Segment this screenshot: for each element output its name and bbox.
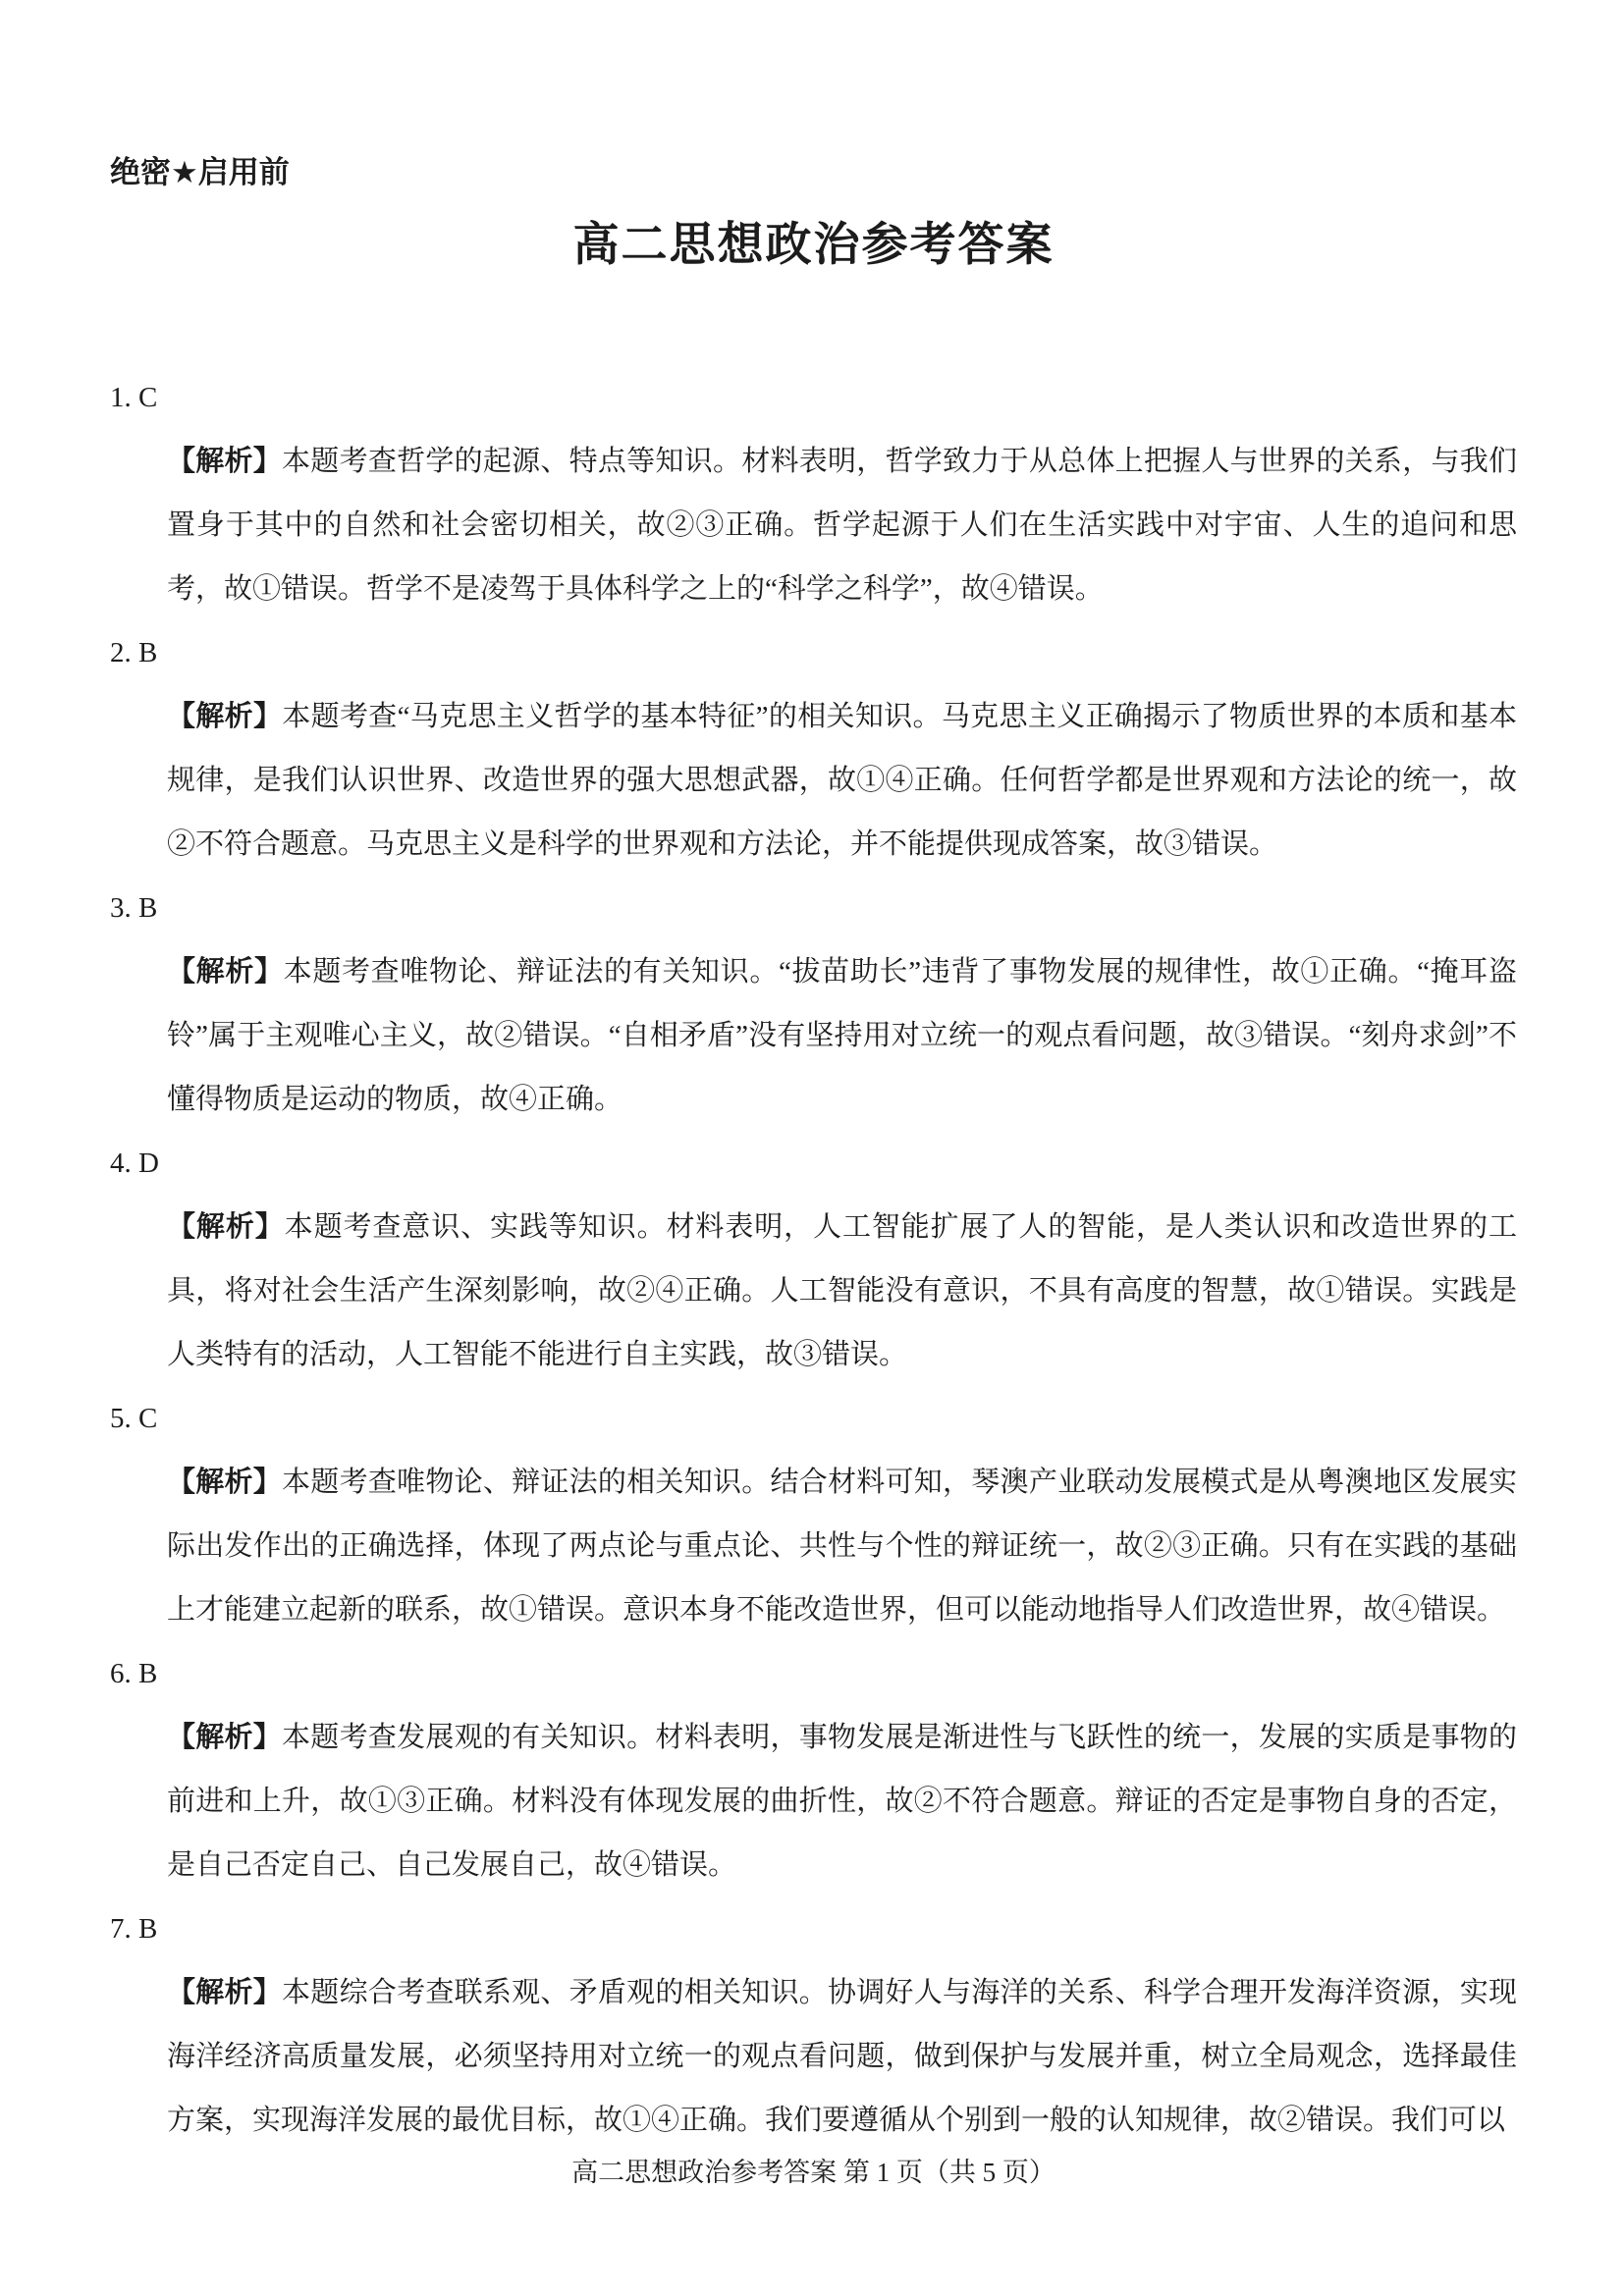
- answer-explanation: 【解析】本题考查“马克思主义哲学的基本特征”的相关知识。马克思主义正确揭示了物质…: [167, 685, 1517, 877]
- answer-item: 1. C 【解析】本题考查哲学的起源、特点等知识。材料表明，哲学致力于从总体上把…: [110, 366, 1517, 621]
- answer-item: 4. D 【解析】本题考查意识、实践等知识。材料表明，人工智能扩展了人的智能，是…: [110, 1132, 1517, 1387]
- answer-explanation: 【解析】本题考查唯物论、辩证法的相关知识。结合材料可知，琴澳产业联动发展模式是从…: [167, 1451, 1517, 1642]
- answer-list: 1. C 【解析】本题考查哲学的起源、特点等知识。材料表明，哲学致力于从总体上把…: [110, 366, 1517, 2153]
- answer-explanation: 【解析】本题考查发展观的有关知识。材料表明，事物发展是渐进性与飞跃性的统一，发展…: [167, 1706, 1517, 1897]
- answer-explanation: 【解析】本题考查唯物论、辩证法的有关知识。“拔苗助长”违背了事物发展的规律性，故…: [167, 940, 1517, 1132]
- answer-number: 7. B: [110, 1897, 1517, 1961]
- explanation-text: 本题考查“马克思主义哲学的基本特征”的相关知识。马克思主义正确揭示了物质世界的本…: [167, 701, 1517, 860]
- security-label: 绝密★启用前: [110, 0, 1517, 190]
- answer-number: 2. B: [110, 621, 1517, 685]
- explanation-text: 本题考查唯物论、辩证法的相关知识。结合材料可知，琴澳产业联动发展模式是从粤澳地区…: [167, 1467, 1517, 1626]
- explanation-label: 【解析】: [167, 956, 284, 988]
- answer-item: 6. B 【解析】本题考查发展观的有关知识。材料表明，事物发展是渐进性与飞跃性的…: [110, 1642, 1517, 1897]
- explanation-label: 【解析】: [167, 1467, 282, 1498]
- document-page: 绝密★启用前 高二思想政治参考答案 1. C 【解析】本题考查哲学的起源、特点等…: [0, 0, 1624, 2296]
- explanation-text: 本题考查发展观的有关知识。材料表明，事物发展是渐进性与飞跃性的统一，发展的实质是…: [167, 1722, 1517, 1881]
- explanation-label: 【解析】: [167, 1977, 282, 2008]
- answer-number: 1. C: [110, 366, 1517, 430]
- answer-explanation: 【解析】本题考查意识、实践等知识。材料表明，人工智能扩展了人的智能，是人类认识和…: [167, 1196, 1517, 1387]
- answer-item: 3. B 【解析】本题考查唯物论、辩证法的有关知识。“拔苗助长”违背了事物发展的…: [110, 877, 1517, 1132]
- answer-number: 6. B: [110, 1642, 1517, 1706]
- answer-item: 5. C 【解析】本题考查唯物论、辩证法的相关知识。结合材料可知，琴澳产业联动发…: [110, 1387, 1517, 1642]
- page-title: 高二思想政治参考答案: [110, 218, 1517, 273]
- answer-item: 2. B 【解析】本题考查“马克思主义哲学的基本特征”的相关知识。马克思主义正确…: [110, 621, 1517, 877]
- explanation-text: 本题考查哲学的起源、特点等知识。材料表明，哲学致力于从总体上把握人与世界的关系，…: [167, 446, 1517, 605]
- explanation-label: 【解析】: [167, 1722, 282, 1753]
- explanation-text: 本题综合考查联系观、矛盾观的相关知识。协调好人与海洋的关系、科学合理开发海洋资源…: [167, 1977, 1517, 2136]
- answer-number: 5. C: [110, 1387, 1517, 1451]
- explanation-label: 【解析】: [167, 701, 282, 732]
- answer-number: 3. B: [110, 877, 1517, 940]
- answer-explanation: 【解析】本题考查哲学的起源、特点等知识。材料表明，哲学致力于从总体上把握人与世界…: [167, 430, 1517, 621]
- answer-number: 4. D: [110, 1132, 1517, 1196]
- explanation-text: 本题考查唯物论、辩证法的有关知识。“拔苗助长”违背了事物发展的规律性，故①正确。…: [167, 956, 1517, 1115]
- answer-explanation: 【解析】本题综合考查联系观、矛盾观的相关知识。协调好人与海洋的关系、科学合理开发…: [167, 1961, 1517, 2153]
- explanation-text: 本题考查意识、实践等知识。材料表明，人工智能扩展了人的智能，是人类认识和改造世界…: [167, 1211, 1517, 1370]
- answer-item: 7. B 【解析】本题综合考查联系观、矛盾观的相关知识。协调好人与海洋的关系、科…: [110, 1897, 1517, 2153]
- page-footer: 高二思想政治参考答案 第 1 页（共 5 页）: [110, 2153, 1517, 2192]
- explanation-label: 【解析】: [167, 446, 282, 477]
- explanation-label: 【解析】: [167, 1211, 285, 1243]
